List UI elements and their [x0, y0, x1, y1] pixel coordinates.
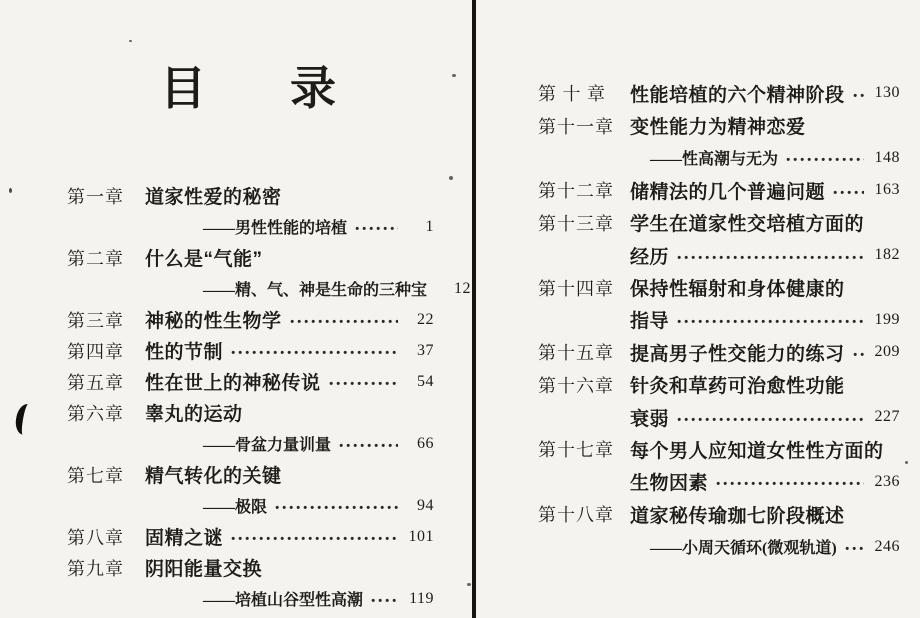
subtitle-text: ——精、气、神是生命的三种宝: [145, 277, 427, 300]
toc-entry: 第十七章每个男人应知道女性性方面的: [522, 433, 900, 465]
subtitle-text: ——骨盆力量训量: [145, 432, 331, 455]
toc-entry: 第十三章学生在道家性交培植方面的: [522, 207, 900, 239]
scan-speck: [467, 583, 471, 586]
toc-entry: 第十六章针灸和草药可治愈性功能: [522, 369, 900, 401]
chapter-title: 性的节制: [145, 337, 223, 364]
page-number: 101: [408, 528, 434, 546]
toc-entry: ——培植山谷型性高潮119: [62, 583, 434, 614]
scan-speck: [905, 461, 908, 464]
toc-entry: 第十八章道家秘传瑜珈七阶段概述: [522, 498, 900, 530]
toc-entry: 第七章精气转化的关键: [62, 459, 434, 490]
scan-speck: [449, 176, 453, 180]
chapter-number-label: 第五章: [62, 369, 145, 395]
page-number: 1: [408, 218, 434, 236]
toc-title: 目 录: [62, 62, 434, 114]
page-number: 66: [408, 435, 434, 453]
chapter-title: 性在世上的神秘传说: [145, 368, 321, 395]
chapter-title: 学生在道家性交培植方面的: [630, 209, 864, 236]
scan-speck: [452, 74, 456, 77]
page-number: 163: [874, 181, 900, 199]
toc-entry: ——性高潮与无为148: [522, 142, 900, 174]
scan-speck: [129, 40, 132, 42]
page-number: 148: [874, 149, 900, 167]
chapter-number-label: 第十五章: [522, 339, 630, 365]
page-number: 246: [874, 538, 900, 556]
chapter-title: 精气转化的关键: [145, 461, 282, 488]
toc-entry: 衰弱227: [522, 401, 900, 433]
chapter-number-label: 第四章: [62, 338, 145, 364]
dot-leader: [275, 505, 398, 510]
chapter-number-label: 第二章: [62, 245, 145, 271]
dot-leader: [833, 190, 864, 195]
chapter-number-label: 第七章: [62, 462, 145, 488]
page-number: 119: [408, 590, 434, 608]
chapter-number-label: 第十八章: [522, 501, 630, 527]
page-number: 209: [874, 343, 900, 361]
dot-leader: [716, 481, 864, 486]
chapter-number-label: 第九章: [62, 555, 145, 581]
subtitle-text: ——培植山谷型性高潮: [145, 587, 363, 610]
dot-leader: [231, 350, 398, 355]
chapter-title: 睾丸的运动: [145, 399, 243, 426]
dot-leader: [853, 352, 864, 357]
toc-entry: ——精、气、神是生命的三种宝12: [62, 273, 434, 304]
chapter-title: 针灸和草药可治愈性功能: [630, 371, 845, 398]
chapter-title: 每个男人应知道女性性方面的: [630, 436, 884, 463]
subtitle-text: ——极限: [145, 494, 267, 517]
dot-leader: [677, 319, 864, 324]
chapter-title: 阴阳能量交换: [145, 554, 262, 581]
toc-entry: 第十二章储精法的几个普遍问题163: [522, 174, 900, 206]
dot-leader: [845, 546, 864, 551]
dot-leader: [231, 536, 398, 541]
toc-entry: ——男性性能的培植1: [62, 211, 434, 242]
page-gutter-divider: [472, 0, 476, 618]
chapter-number-label: 第十二章: [522, 177, 630, 203]
chapter-title: 道家性爱的秘密: [145, 182, 282, 209]
chapter-number-label: 第十三章: [522, 210, 630, 236]
chapter-number-label: 第十四章: [522, 275, 630, 301]
toc-entry: 第六章睾丸的运动: [62, 397, 434, 428]
dot-leader: [677, 417, 864, 422]
page-number: 130: [874, 84, 900, 102]
toc-entry: 第十一章变性能力为精神恋爱: [522, 109, 900, 141]
chapter-number-label: 第一章: [62, 183, 145, 209]
toc-entry: 第一章道家性爱的秘密: [62, 180, 434, 211]
toc-entry: 经历182: [522, 239, 900, 271]
toc-entry: 第 十 章性能培植的六个精神阶段130: [522, 77, 900, 109]
toc-entry: ——极限94: [62, 490, 434, 521]
chapter-number-label: 第十一章: [522, 113, 630, 139]
page-number: 22: [408, 311, 434, 329]
page-number: 182: [874, 246, 900, 264]
chapter-number-label: 第十六章: [522, 372, 630, 398]
chapter-number-label: 第八章: [62, 524, 145, 550]
chapter-title: 衰弱: [630, 404, 669, 431]
chapter-number-label: 第十七章: [522, 436, 630, 462]
toc-entry: 第二章什么是“气能”: [62, 242, 434, 273]
subtitle-text: ——小周天循环(微观轨道): [630, 535, 837, 558]
page-number: 94: [408, 497, 434, 515]
toc-entry: 生物因素236: [522, 466, 900, 498]
chapter-title: 生物因素: [630, 468, 708, 495]
toc-entry: 第十五章提高男子性交能力的练习209: [522, 336, 900, 368]
subtitle-text: ——男性性能的培植: [145, 215, 347, 238]
toc-title-char-first: 目: [160, 62, 206, 114]
page-number: 236: [874, 473, 900, 491]
toc-entry: 第十四章保持性辐射和身体健康的: [522, 271, 900, 303]
toc-entry: ——小周天循环(微观轨道)246: [522, 530, 900, 562]
toc-entry: 第五章性在世上的神秘传说54: [62, 366, 434, 397]
dot-leader: [290, 319, 398, 324]
toc-entry: 第九章阴阳能量交换: [62, 552, 434, 583]
chapter-title: 指导: [630, 306, 669, 333]
toc-entry: ——骨盆力量训量66: [62, 428, 434, 459]
subtitle-text: ——性高潮与无为: [630, 146, 778, 169]
dot-leader: [853, 93, 864, 98]
chapter-title: 经历: [630, 242, 669, 269]
chapter-title: 保持性辐射和身体健康的: [630, 274, 845, 301]
right-page-entries: 第 十 章性能培植的六个精神阶段130第十一章变性能力为精神恋爱——性高潮与无为…: [522, 77, 900, 563]
toc-entry: 第三章神秘的性生物学22: [62, 304, 434, 335]
chapter-title: 储精法的几个普遍问题: [630, 177, 825, 204]
toc-title-char-second: 录: [290, 62, 336, 114]
toc-entry: 第四章性的节制37: [62, 335, 434, 366]
dot-leader: [371, 598, 398, 603]
page-number: 227: [874, 408, 900, 426]
scanned-toc-spread: 目 录 第一章道家性爱的秘密——男性性能的培植1第二章什么是“气能”——精、气、…: [0, 0, 920, 618]
page-number: 54: [408, 373, 434, 391]
chapter-title: 变性能力为精神恋爱: [630, 112, 806, 139]
dot-leader: [677, 255, 864, 260]
dot-leader: [355, 226, 398, 231]
toc-entry: 第八章固精之谜101: [62, 521, 434, 552]
chapter-title: 提高男子性交能力的练习: [630, 339, 845, 366]
left-page-entries: 第一章道家性爱的秘密——男性性能的培植1第二章什么是“气能”——精、气、神是生命…: [62, 180, 434, 614]
chapter-title: 神秘的性生物学: [145, 306, 282, 333]
chapter-title: 性能培植的六个精神阶段: [630, 80, 845, 107]
chapter-title: 固精之谜: [145, 523, 223, 550]
chapter-title: 什么是“气能”: [145, 244, 263, 271]
chapter-number-label: 第 十 章: [522, 80, 630, 106]
scan-speck: [9, 188, 12, 193]
chapter-number-label: 第六章: [62, 400, 145, 426]
page-number: 12: [445, 280, 471, 298]
toc-entry: 指导199: [522, 304, 900, 336]
dot-leader: [339, 443, 398, 448]
dot-leader: [786, 157, 864, 162]
chapter-title: 道家秘传瑜珈七阶段概述: [630, 501, 845, 528]
ink-smudge-artifact: [13, 403, 37, 437]
page-number: 199: [874, 311, 900, 329]
dot-leader: [329, 381, 398, 386]
chapter-number-label: 第三章: [62, 307, 145, 333]
page-number: 37: [408, 342, 434, 360]
